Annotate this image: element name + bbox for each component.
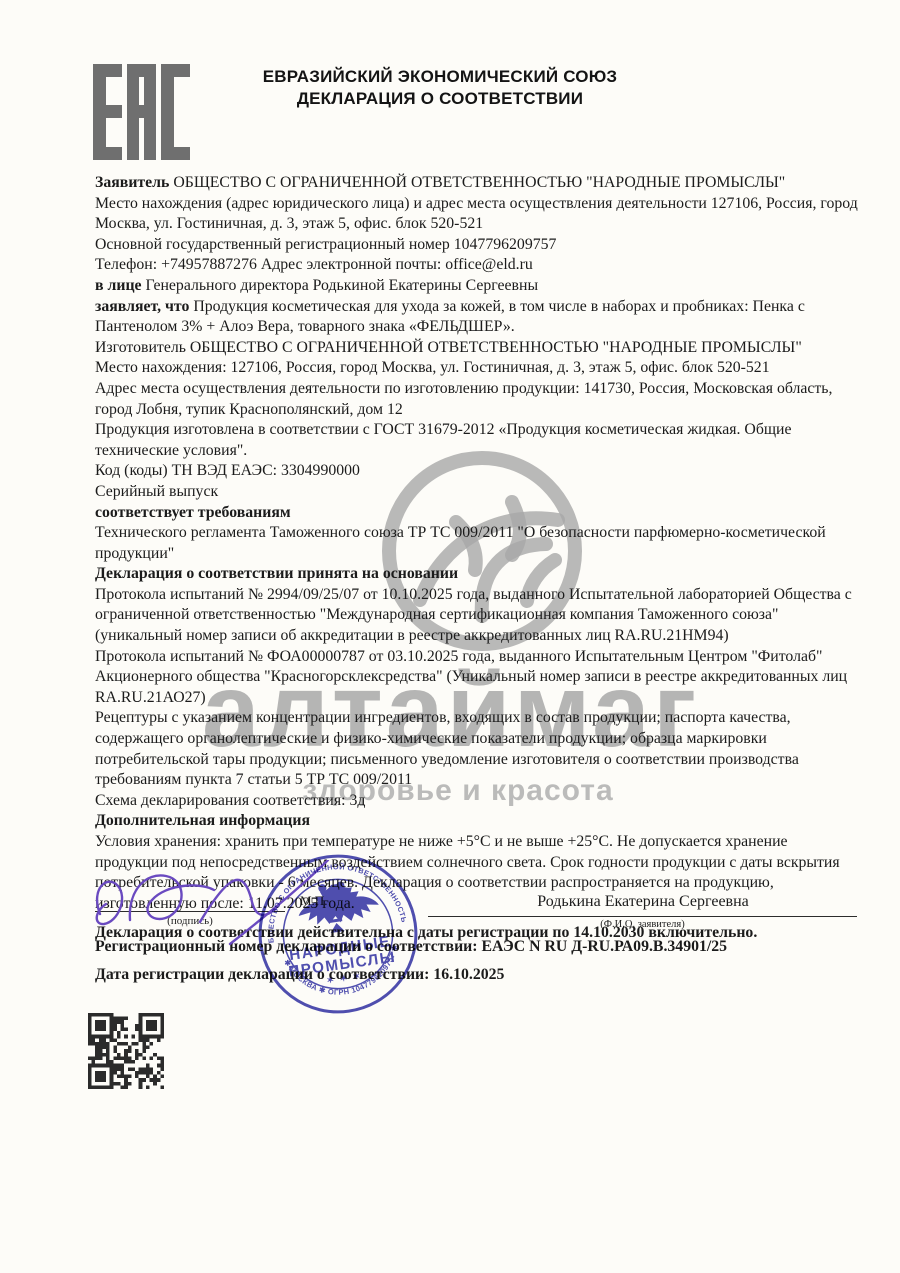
doc-paragraph: Место нахождения: 127106, Россия, город …: [95, 358, 858, 379]
header-doc-title: ДЕКЛАРАЦИЯ О СООТВЕТСТВИИ: [230, 88, 650, 110]
doc-paragraph: Адрес места осуществления деятельности п…: [95, 379, 858, 420]
doc-paragraph: Заявитель ОБЩЕСТВО С ОГРАНИЧЕННОЙ ОТВЕТС…: [95, 173, 858, 194]
doc-paragraph: Серийный выпуск: [95, 482, 858, 503]
registration-date-line: Дата регистрации декларации о соответств…: [95, 966, 858, 984]
doc-paragraph: соответствует требованиям: [95, 503, 858, 524]
doc-paragraph: Продукция изготовлена в соответствии с Г…: [95, 420, 858, 461]
eac-logo: [93, 64, 190, 160]
document-body: Заявитель ОБЩЕСТВО С ОГРАНИЧЕННОЙ ОТВЕТС…: [95, 173, 858, 944]
doc-paragraph: Протокола испытаний № 2994/09/25/07 от 1…: [95, 585, 858, 647]
company-stamp: ОБЩЕСТВО С ОГРАНИЧЕННОЙ ОТВЕТСТВЕННОСТЬЮ…: [241, 837, 435, 1031]
doc-paragraph: Декларация о соответствии принята на осн…: [95, 564, 858, 585]
doc-paragraph: Дополнительная информация: [95, 811, 858, 832]
doc-paragraph: заявляет, что Продукция косметическая дл…: [95, 297, 858, 338]
doc-paragraph: Телефон: +74957887276 Адрес электронной …: [95, 255, 858, 276]
doc-paragraph: Схема декларирования соответствия: 3д: [95, 791, 858, 812]
doc-paragraph: в лице Генерального директора Родькиной …: [95, 276, 858, 297]
double-eagle-icon: [295, 877, 382, 937]
applicant-caption: (Ф.И.О. заявителя): [428, 919, 857, 930]
doc-paragraph: Код (коды) ТН ВЭД ЕАЭС: 3304990000: [95, 461, 858, 482]
applicant-name: Родькина Екатерина Сергеевна: [430, 893, 856, 911]
document-header: ЕВРАЗИЙСКИЙ ЭКОНОМИЧЕСКИЙ СОЮЗ ДЕКЛАРАЦИ…: [230, 66, 650, 110]
qr-code: [88, 1013, 164, 1089]
applicant-line: [428, 916, 857, 917]
doc-paragraph: Изготовитель ОБЩЕСТВО С ОГРАНИЧЕННОЙ ОТВ…: [95, 338, 858, 359]
doc-paragraph: Протокола испытаний № ФОА00000787 от 03.…: [95, 647, 858, 709]
header-union-title: ЕВРАЗИЙСКИЙ ЭКОНОМИЧЕСКИЙ СОЮЗ: [230, 66, 650, 88]
doc-paragraph: Рецептуры с указанием концентрации ингре…: [95, 708, 858, 790]
doc-paragraph: Технического регламента Таможенного союз…: [95, 523, 858, 564]
doc-paragraph: Место нахождения (адрес юридического лиц…: [95, 194, 858, 235]
declaration-document: ЕВРАЗИЙСКИЙ ЭКОНОМИЧЕСКИЙ СОЮЗ ДЕКЛАРАЦИ…: [0, 0, 900, 1273]
doc-paragraph: Основной государственный регистрационный…: [95, 235, 858, 256]
